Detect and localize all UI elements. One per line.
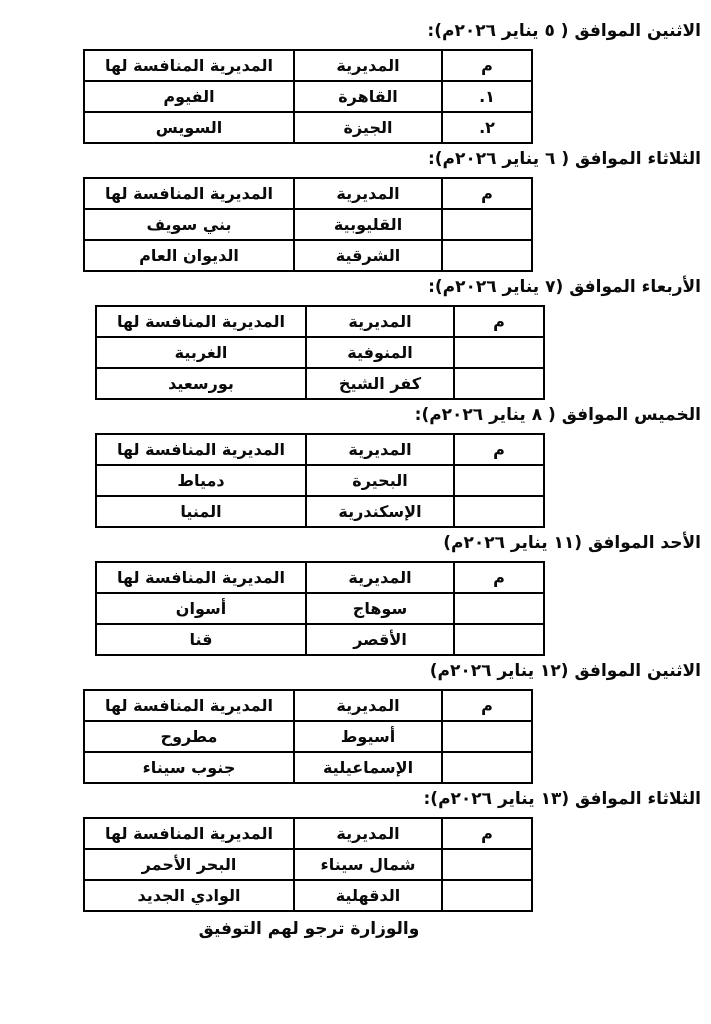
date-heading-wednesday-jan7: الأربعاء الموافق (٧ يناير ٢٠٢٦م): bbox=[0, 276, 701, 298]
schedule-table: م المديرية المديرية المنافسة لها ١. القا… bbox=[83, 49, 533, 144]
cell-competitor: السويس bbox=[84, 112, 294, 143]
table-header-row: م المديرية المديرية المنافسة لها bbox=[96, 306, 544, 337]
date-heading-monday-jan5: الاثنين الموافق ( ٥ يناير ٢٠٢٦م): bbox=[0, 20, 701, 42]
cell-competitor: الغربية bbox=[96, 337, 306, 368]
col-header-num: م bbox=[442, 178, 532, 209]
cell-competitor: دمياط bbox=[96, 465, 306, 496]
cell-num: ١. bbox=[442, 81, 532, 112]
table-row: الإسكندرية المنيا bbox=[96, 496, 544, 527]
col-header-num: م bbox=[442, 50, 532, 81]
cell-directorate: الإسكندرية bbox=[306, 496, 454, 527]
document-page: الاثنين الموافق ( ٥ يناير ٢٠٢٦م): م المد… bbox=[0, 0, 711, 1024]
col-header-competitor: المديرية المنافسة لها bbox=[84, 690, 294, 721]
date-heading-thursday-jan8: الخميس الموافق ( ٨ يناير ٢٠٢٦م): bbox=[0, 404, 701, 426]
table-header-row: م المديرية المديرية المنافسة لها bbox=[84, 818, 532, 849]
date-heading-tuesday-jan6: الثلاثاء الموافق ( ٦ يناير ٢٠٢٦م): bbox=[0, 148, 701, 170]
table-row: كفر الشيخ بورسعيد bbox=[96, 368, 544, 399]
col-header-directorate: المديرية bbox=[294, 178, 442, 209]
table-row: البحيرة دمياط bbox=[96, 465, 544, 496]
col-header-num: م bbox=[454, 562, 544, 593]
cell-num: ٢. bbox=[442, 112, 532, 143]
cell-directorate: شمال سيناء bbox=[294, 849, 442, 880]
cell-competitor: الديوان العام bbox=[84, 240, 294, 271]
table-row: الإسماعيلية جنوب سيناء bbox=[84, 752, 532, 783]
cell-num bbox=[442, 752, 532, 783]
cell-num bbox=[454, 337, 544, 368]
cell-directorate: كفر الشيخ bbox=[306, 368, 454, 399]
cell-directorate: الأقصر bbox=[306, 624, 454, 655]
col-header-num: م bbox=[442, 690, 532, 721]
cell-num bbox=[454, 624, 544, 655]
cell-competitor: جنوب سيناء bbox=[84, 752, 294, 783]
schedule-table: م المديرية المديرية المنافسة لها سوهاج أ… bbox=[95, 561, 545, 656]
cell-competitor: أسوان bbox=[96, 593, 306, 624]
table-row: سوهاج أسوان bbox=[96, 593, 544, 624]
cell-directorate: البحيرة bbox=[306, 465, 454, 496]
col-header-competitor: المديرية المنافسة لها bbox=[84, 818, 294, 849]
cell-directorate: الجيزة bbox=[294, 112, 442, 143]
cell-directorate: القاهرة bbox=[294, 81, 442, 112]
table-row: ٢. الجيزة السويس bbox=[84, 112, 532, 143]
schedule-table: م المديرية المديرية المنافسة لها البحيرة… bbox=[95, 433, 545, 528]
table-row: الأقصر قنا bbox=[96, 624, 544, 655]
table-row: المنوفية الغربية bbox=[96, 337, 544, 368]
cell-num bbox=[442, 209, 532, 240]
cell-competitor: قنا bbox=[96, 624, 306, 655]
col-header-directorate: المديرية bbox=[294, 818, 442, 849]
table-row: القليوبية بني سويف bbox=[84, 209, 532, 240]
col-header-num: م bbox=[454, 434, 544, 465]
col-header-directorate: المديرية bbox=[306, 562, 454, 593]
date-heading-sunday-jan11: الأحد الموافق (١١ يناير ٢٠٢٦م) bbox=[0, 532, 701, 554]
cell-directorate: سوهاج bbox=[306, 593, 454, 624]
cell-num bbox=[442, 240, 532, 271]
col-header-num: م bbox=[454, 306, 544, 337]
col-header-directorate: المديرية bbox=[294, 50, 442, 81]
schedule-table: م المديرية المديرية المنافسة لها القليوب… bbox=[83, 177, 533, 272]
col-header-competitor: المديرية المنافسة لها bbox=[96, 434, 306, 465]
table-header-row: م المديرية المديرية المنافسة لها bbox=[84, 178, 532, 209]
table-header-row: م المديرية المديرية المنافسة لها bbox=[96, 434, 544, 465]
cell-num bbox=[454, 496, 544, 527]
table-header-row: م المديرية المديرية المنافسة لها bbox=[84, 690, 532, 721]
cell-num bbox=[442, 849, 532, 880]
table-row: شمال سيناء البحر الأحمر bbox=[84, 849, 532, 880]
cell-directorate: الدقهلية bbox=[294, 880, 442, 911]
table-row: الشرقية الديوان العام bbox=[84, 240, 532, 271]
cell-num bbox=[454, 465, 544, 496]
date-heading-monday-jan12: الاثنين الموافق (١٢ يناير ٢٠٢٦م) bbox=[0, 660, 701, 682]
cell-directorate: الإسماعيلية bbox=[294, 752, 442, 783]
table-row: الدقهلية الوادي الجديد bbox=[84, 880, 532, 911]
closing-wish-text: والوزارة ترجو لهم التوفيق bbox=[85, 918, 533, 940]
table-header-row: م المديرية المديرية المنافسة لها bbox=[84, 50, 532, 81]
table-header-row: م المديرية المديرية المنافسة لها bbox=[96, 562, 544, 593]
col-header-competitor: المديرية المنافسة لها bbox=[84, 178, 294, 209]
cell-competitor: بورسعيد bbox=[96, 368, 306, 399]
schedule-table: م المديرية المديرية المنافسة لها أسيوط م… bbox=[83, 689, 533, 784]
table-row: ١. القاهرة الفيوم bbox=[84, 81, 532, 112]
col-header-num: م bbox=[442, 818, 532, 849]
cell-num bbox=[442, 721, 532, 752]
cell-directorate: أسيوط bbox=[294, 721, 442, 752]
cell-num bbox=[454, 368, 544, 399]
cell-competitor: البحر الأحمر bbox=[84, 849, 294, 880]
cell-directorate: الشرقية bbox=[294, 240, 442, 271]
col-header-directorate: المديرية bbox=[306, 306, 454, 337]
cell-competitor: بني سويف bbox=[84, 209, 294, 240]
cell-directorate: المنوفية bbox=[306, 337, 454, 368]
cell-num bbox=[454, 593, 544, 624]
cell-num bbox=[442, 880, 532, 911]
date-heading-tuesday-jan13: الثلاثاء الموافق (١٣ يناير ٢٠٢٦م): bbox=[0, 788, 701, 810]
col-header-directorate: المديرية bbox=[294, 690, 442, 721]
cell-directorate: القليوبية bbox=[294, 209, 442, 240]
schedule-table: م المديرية المديرية المنافسة لها المنوفي… bbox=[95, 305, 545, 400]
col-header-competitor: المديرية المنافسة لها bbox=[84, 50, 294, 81]
cell-competitor: المنيا bbox=[96, 496, 306, 527]
col-header-competitor: المديرية المنافسة لها bbox=[96, 562, 306, 593]
col-header-competitor: المديرية المنافسة لها bbox=[96, 306, 306, 337]
schedule-table: م المديرية المديرية المنافسة لها شمال سي… bbox=[83, 817, 533, 912]
cell-competitor: مطروح bbox=[84, 721, 294, 752]
col-header-directorate: المديرية bbox=[306, 434, 454, 465]
cell-competitor: الفيوم bbox=[84, 81, 294, 112]
cell-competitor: الوادي الجديد bbox=[84, 880, 294, 911]
table-row: أسيوط مطروح bbox=[84, 721, 532, 752]
